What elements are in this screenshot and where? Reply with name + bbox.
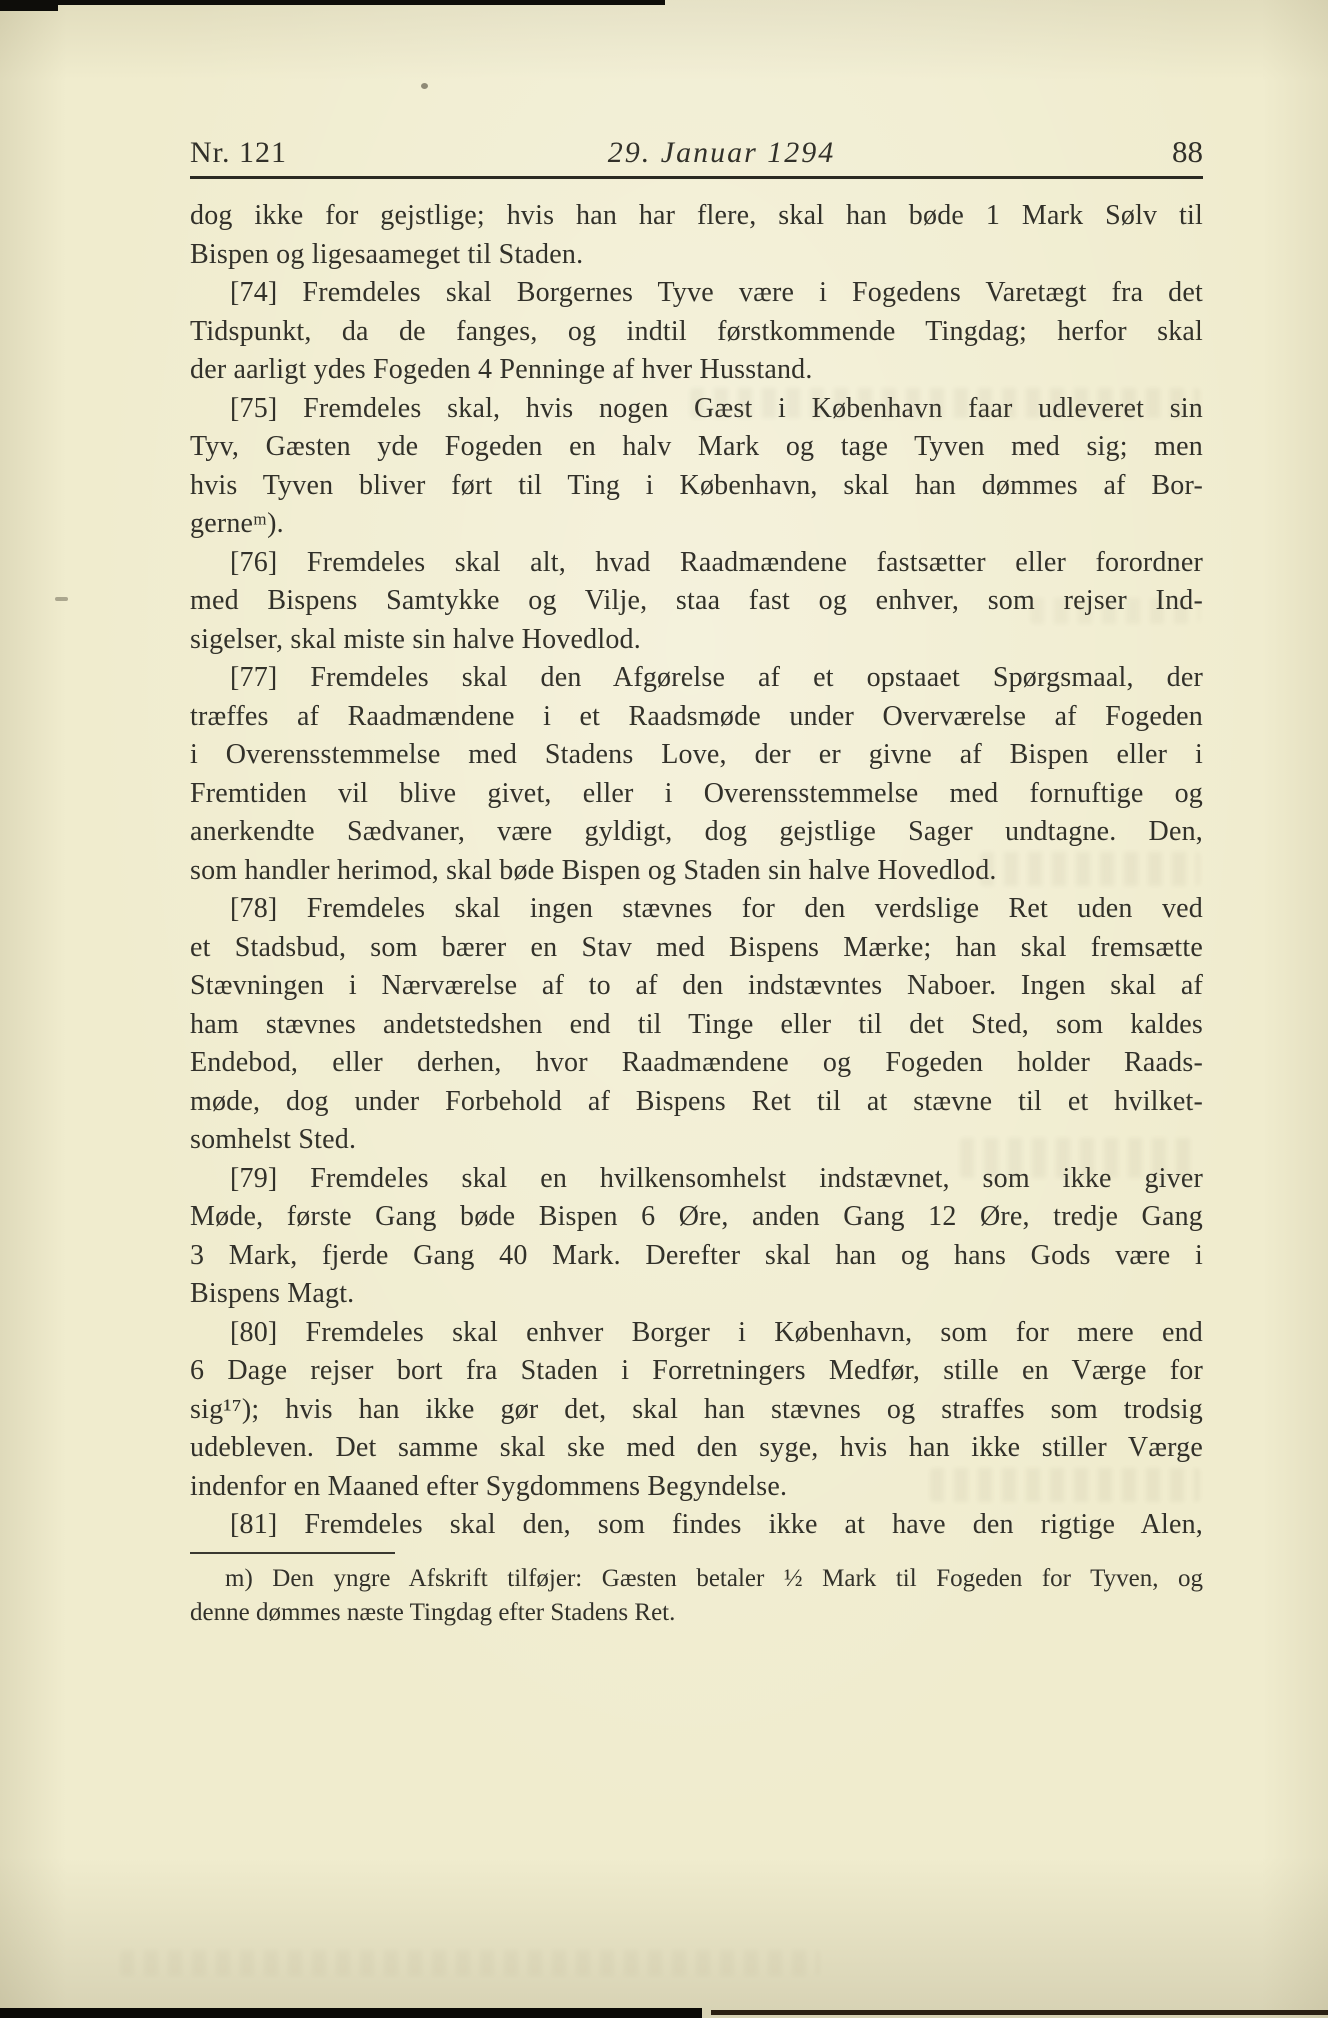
text-line: Bispen og ligesaameget til Staden. — [190, 236, 1203, 275]
text-line: Fremtiden vil blive givet, eller i Overe… — [190, 775, 1203, 814]
text-line: [80] Fremdeles skal enhver Borger i Købe… — [190, 1314, 1203, 1353]
text-line: Bispens Magt. — [190, 1275, 1203, 1314]
text-line: træffes af Raadmændene i et Raadsmøde un… — [190, 698, 1203, 737]
text-line: [81] Fremdeles skal den, som findes ikke… — [190, 1506, 1203, 1545]
text-line: [79] Fremdeles skal en hvilkensomhelst i… — [190, 1160, 1203, 1199]
document-number: Nr. 121 — [190, 136, 287, 170]
footnote-line: denne dømmes næste Tingdag efter Stadens… — [190, 1596, 1203, 1630]
text-line: [78] Fremdeles skal ingen stævnes for de… — [190, 890, 1203, 929]
body-text: dog ikke for gejstlige; hvis han har fle… — [190, 197, 1203, 1545]
text-line: i Overensstemmelse med Stadens Love, der… — [190, 736, 1203, 775]
footnote-rule — [190, 1552, 395, 1554]
text-line: gerneᵐ). — [190, 505, 1203, 544]
header-rule — [190, 176, 1203, 179]
text-line: 6 Dage rejser bort fra Staden i Forretni… — [190, 1352, 1203, 1391]
text-line: hvis Tyven bliver ført til Ting i Københ… — [190, 467, 1203, 506]
text-line: dog ikke for gejstlige; hvis han har fle… — [190, 197, 1203, 236]
text-line: Tidspunkt, da de fanges, og indtil først… — [190, 313, 1203, 352]
text-line: Tyv, Gæsten yde Fogeden en halv Mark og … — [190, 428, 1203, 467]
text-line: som handler herimod, skal bøde Bispen og… — [190, 852, 1203, 891]
text-line: [76] Fremdeles skal alt, hvad Raadmænden… — [190, 544, 1203, 583]
footnote: m) Den yngre Afskrift tilføjer: Gæsten b… — [190, 1562, 1203, 1630]
scan-edge-top-block — [0, 0, 58, 11]
text-line: møde, dog under Forbehold af Bispens Ret… — [190, 1083, 1203, 1122]
footnote-line: m) Den yngre Afskrift tilføjer: Gæsten b… — [190, 1562, 1203, 1596]
text-line: Endebod, eller derhen, hvor Raadmændene … — [190, 1044, 1203, 1083]
text-line: indenfor en Maaned efter Sygdommens Begy… — [190, 1468, 1203, 1507]
ink-speck — [421, 83, 428, 89]
page-header: Nr. 121 29. Januar 1294 88 — [190, 128, 1203, 170]
text-line: sigelser, skal miste sin halve Hovedlod. — [190, 621, 1203, 660]
text-line: anerkendte Sædvaner, være gyldigt, dog g… — [190, 813, 1203, 852]
bleed-through-ghost — [120, 1950, 820, 1976]
document-date: 29. Januar 1294 — [608, 136, 836, 170]
scan-edge-bottom-right — [711, 2010, 1328, 2015]
text-line: [75] Fremdeles skal, hvis nogen Gæst i K… — [190, 390, 1203, 429]
text-line: udebleven. Det samme skal ske med den sy… — [190, 1429, 1203, 1468]
text-line: somhelst Sted. — [190, 1121, 1203, 1160]
text-line: ham stævnes andetstedshen end til Tinge … — [190, 1006, 1203, 1045]
text-line: 3 Mark, fjerde Gang 40 Mark. Derefter sk… — [190, 1237, 1203, 1276]
text-line: der aarligt ydes Fogeden 4 Penninge af h… — [190, 351, 1203, 390]
text-line: [77] Fremdeles skal den Afgørelse af et … — [190, 659, 1203, 698]
text-line: sig¹⁷); hvis han ikke gør det, skal han … — [190, 1391, 1203, 1430]
page-number: 88 — [1172, 134, 1203, 170]
text-line: med Bispens Samtykke og Vilje, staa fast… — [190, 582, 1203, 621]
scan-edge-bottom-left — [0, 2008, 702, 2018]
text-line: [74] Fremdeles skal Borgernes Tyve være … — [190, 274, 1203, 313]
ink-speck — [55, 597, 68, 601]
book-page: Nr. 121 29. Januar 1294 88 dog ikke for … — [0, 0, 1328, 2018]
text-line: Møde, første Gang bøde Bispen 6 Øre, and… — [190, 1198, 1203, 1237]
scan-edge-top-line — [0, 0, 665, 5]
text-line: et Stadsbud, som bærer en Stav med Bispe… — [190, 929, 1203, 968]
text-line: Stævningen i Nærværelse af to af den ind… — [190, 967, 1203, 1006]
